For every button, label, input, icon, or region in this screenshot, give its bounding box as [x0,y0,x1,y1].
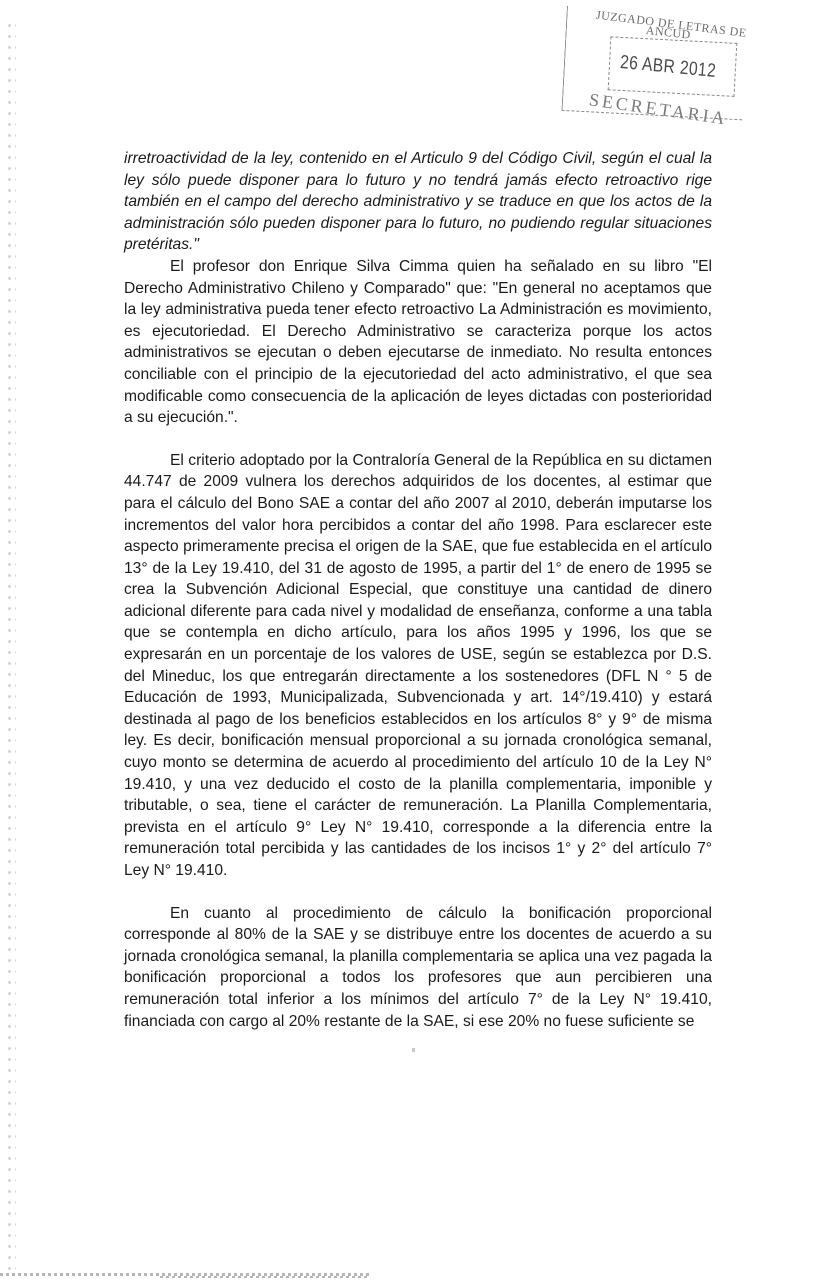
body-paragraph: El criterio adoptado por la Contraloría … [124,450,712,882]
scan-margin-artifact [6,20,16,1270]
scan-bottom-artifact [160,1276,370,1278]
body-paragraph: En cuanto al procedimiento de cálculo la… [124,903,712,1033]
body-paragraph: El profesor don Enrique Silva Cimma quie… [124,256,712,429]
document-body: irretroactividad de la ley, contenido en… [124,148,712,1032]
stamp-date-box: 26 ABR 2012 [608,36,738,97]
quoted-paragraph: irretroactividad de la ley, contenido en… [124,148,712,256]
court-received-stamp: JUZGADO DE LETRAS DE ANCUD 26 ABR 2012 S… [561,6,767,134]
stamp-date: 26 ABR 2012 [619,52,717,83]
scan-speck [412,1048,415,1052]
